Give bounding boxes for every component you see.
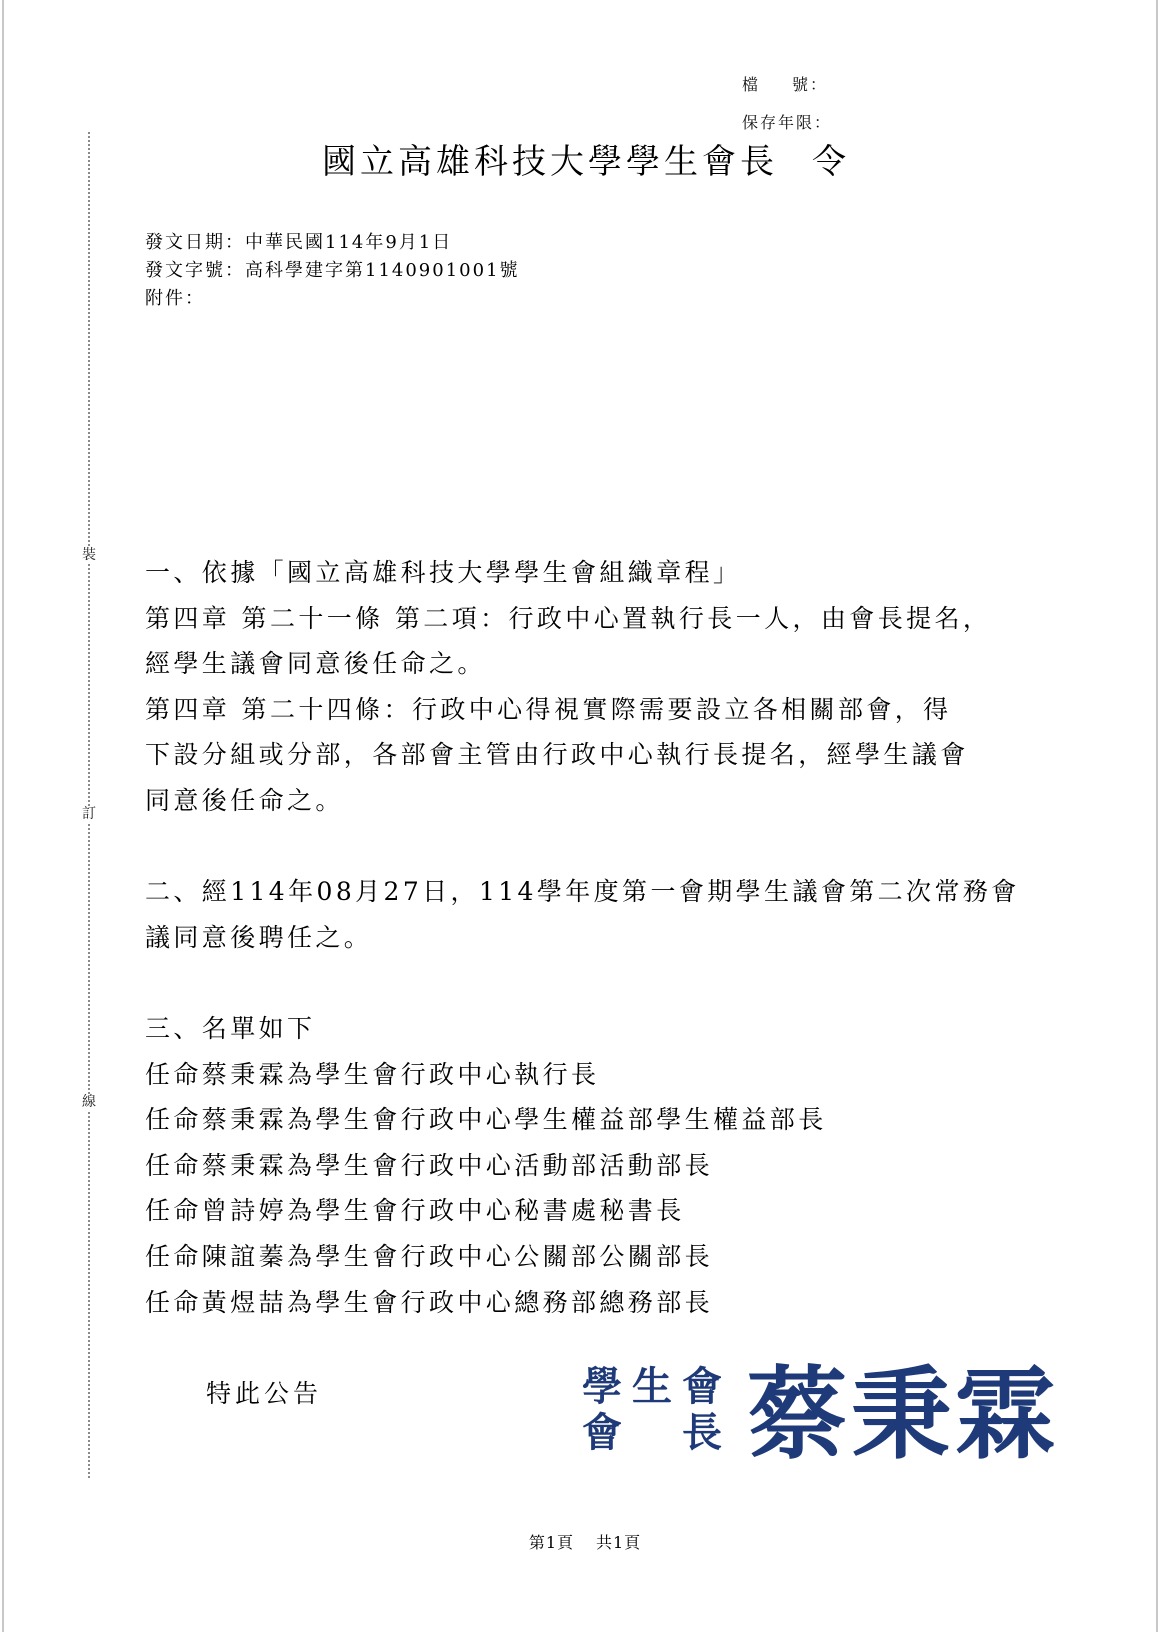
paragraph-spacer <box>145 960 1045 1006</box>
appointment-item: 任命蔡秉霖為學生會行政中心活動部活動部長 <box>145 1143 1045 1189</box>
section2-line: 議同意後聘任之。 <box>145 915 1045 961</box>
section1-line: 第四章 第二十四條：行政中心得視實際需要設立各相關部會，得 <box>145 687 1045 733</box>
binding-mark-ding: 訂 <box>81 806 97 822</box>
paragraph-spacer <box>145 824 1045 870</box>
title-text: 國立高雄科技大學學生會長 <box>322 142 778 182</box>
seal-char: 生 <box>632 1366 672 1408</box>
title-suffix: 令 <box>812 142 850 182</box>
closing-statement: 特此公告 <box>206 1374 322 1410</box>
binding-dotted-line <box>88 132 90 1478</box>
appointment-item: 任命曾詩婷為學生會行政中心秘書處秘書長 <box>145 1188 1045 1234</box>
binding-mark-xian: 線 <box>81 1094 97 1110</box>
seal-char: 會 <box>582 1412 622 1454</box>
seal-char: 長 <box>682 1412 722 1454</box>
section1-heading: 一、依據「國立高雄科技大學學生會組織章程」 <box>145 550 1045 596</box>
section1-line: 下設分組或分部，各部會主管由行政中心執行長提名，經學生議會 <box>145 732 1045 778</box>
attachment-label: 附件： <box>145 284 205 310</box>
document-body: 一、依據「國立高雄科技大學學生會組織章程」 第四章 第二十一條 第二項：行政中心… <box>145 550 1045 1325</box>
file-number-label-a: 檔 <box>742 75 760 94</box>
section2-line: 二、經114年08月27日，114學年度第一會期學生議會第二次常務會 <box>145 869 1045 915</box>
document-page: 裝 訂 線 檔號： 保存年限： 國立高雄科技大學學生會長令 發文日期：中華民國1… <box>2 0 1158 1632</box>
page-total: 共1頁 <box>596 1533 641 1552</box>
section1-line: 經學生議會同意後任命之。 <box>145 641 1045 687</box>
appointment-item: 任命蔡秉霖為學生會行政中心執行長 <box>145 1052 1045 1098</box>
appointment-item: 任命陳誼蓁為學生會行政中心公關部公關部長 <box>145 1234 1045 1280</box>
section1-line: 同意後任命之。 <box>145 778 1045 824</box>
issue-number: 發文字號：高科學建字第1140901001號 <box>145 256 520 282</box>
retention-period-label: 保存年限： <box>742 110 832 133</box>
seal-char: 學 <box>582 1366 622 1408</box>
seal-char: 會 <box>682 1366 722 1408</box>
section3-heading: 三、名單如下 <box>145 1006 1045 1052</box>
signature-seal: 學 生 會 會 長 蔡秉霖 <box>582 1362 1082 1482</box>
binding-mark-zhuang: 裝 <box>81 547 97 563</box>
section1-line: 第四章 第二十一條 第二項：行政中心置執行長一人，由會長提名， <box>145 596 1045 642</box>
page-footer: 第1頁共1頁 <box>4 1530 1162 1553</box>
signature-name: 蔡秉霖 <box>747 1354 1059 1474</box>
document-title: 國立高雄科技大學學生會長令 <box>322 134 850 183</box>
issue-date: 發文日期：中華民國114年9月1日 <box>145 228 452 254</box>
file-number-label-b: 號： <box>792 75 828 94</box>
page-current: 第1頁 <box>529 1533 574 1552</box>
file-number-label: 檔號： <box>742 72 828 95</box>
appointment-item: 任命黃煜喆為學生會行政中心總務部總務部長 <box>145 1280 1045 1326</box>
appointment-item: 任命蔡秉霖為學生會行政中心學生權益部學生權益部長 <box>145 1097 1045 1143</box>
